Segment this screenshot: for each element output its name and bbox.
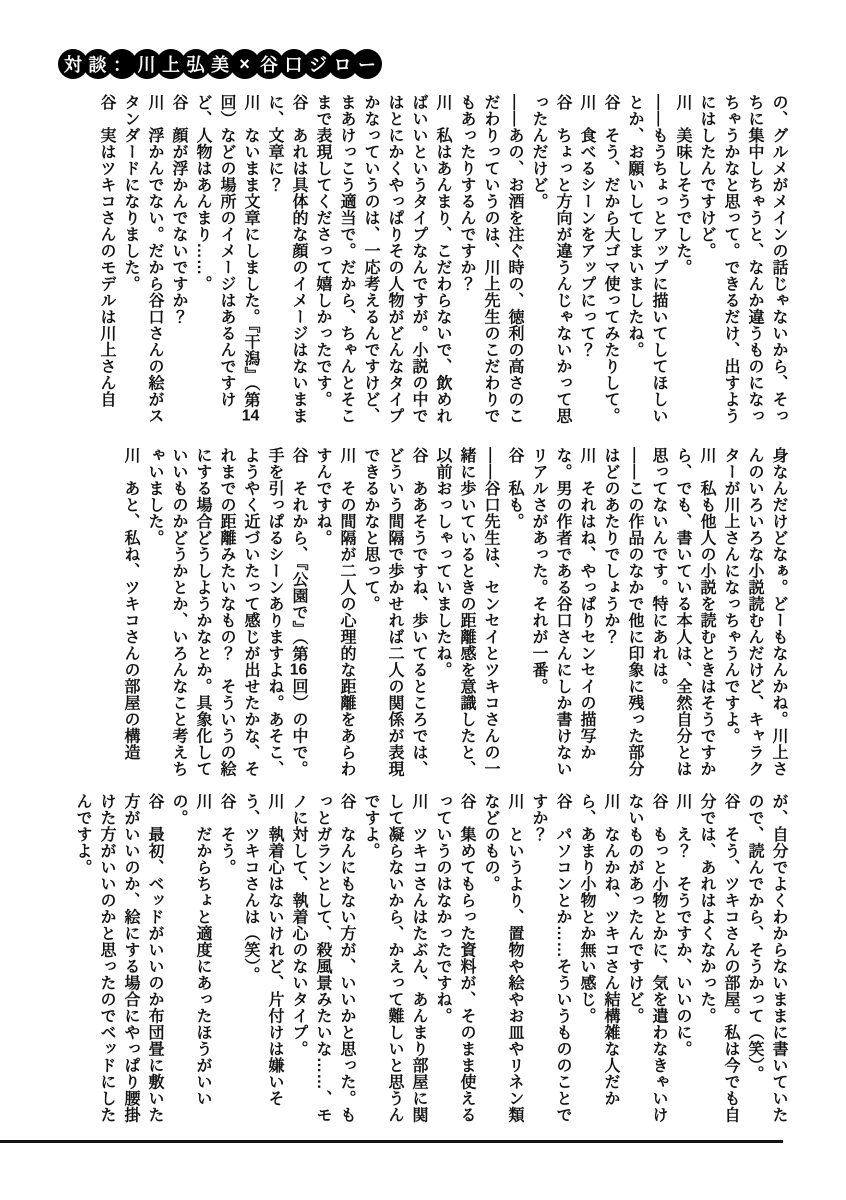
dialogue-paragraph: の、グルメがメインの話じゃないから、そっちに集中しちゃうと、なんか違うものになっ… — [694, 94, 790, 428]
page-title: 対談：川上弘美×谷口ジロー — [58, 49, 377, 79]
dialogue-paragraph: が、自分でよくわからないままに書いていたので、読んでから、そうかって（笑）。 — [742, 793, 790, 1135]
dialogue-paragraph: 谷 なんにもない方が、いいかと思った。もっとガランとして、殺風景みたいな……、モ… — [286, 793, 358, 1135]
dialogue-paragraph: 谷 顔が浮かんでないですか？ — [166, 94, 190, 428]
dialogue-paragraph: 谷 もっと小物とかに、気を遣わなきゃいけないものがあったんですけど。 — [622, 793, 670, 1135]
dialogue-paragraph: 川 食べるシーンをアップにって？ — [574, 94, 598, 428]
dialogue-paragraph: 谷 あれは具体的な顔のイメージはないままに、文章に？ — [262, 94, 310, 428]
dialogue-paragraph: 谷 そう、だから大ゴマ使ってみたりして。 — [598, 94, 622, 428]
text-section-bottom: が、自分でよくわからないままに書いていたので、読んでから、そうかって（笑）。谷 … — [70, 793, 790, 1135]
dialogue-paragraph: 谷 最初、ベッドがいいのか布団畳に敷いた方がいいのか、絵にする場合にやっぱり腰掛… — [70, 793, 166, 1135]
dialogue-paragraph: 谷 そう。 — [214, 793, 238, 1135]
dialogue-paragraph: 谷 パソコンとか……そういうもののことですか？ — [526, 793, 574, 1135]
dialogue-paragraph: 川 え？ そうですか、いいのに。 — [670, 793, 694, 1135]
dialogue-paragraph: 川 その間隔が二人の心理的な距離をあらわすんですね。 — [310, 447, 358, 781]
dialogue-paragraph: 川 美味しそうでした。 — [670, 94, 694, 428]
title-char: ー — [352, 49, 382, 79]
dialogue-paragraph: 川 というより、置物や絵やお皿やリネン類などのもの。 — [478, 793, 526, 1135]
dialogue-paragraph: 川 私も他人の小説を読むときはそうですから、でも、書いている本人は、全然自分とは… — [646, 447, 718, 781]
dialogue-paragraph: 谷 ちょっと方向が違うんじゃないかって思ったんだけど。 — [526, 94, 574, 428]
dialogue-paragraph: 谷 実はツキコさんのモデルは川上さん自 — [94, 94, 118, 428]
dialogue-paragraph: ――この作品のなかで他に印象に残った部分はどのあたりでしょうか？ — [598, 447, 646, 781]
dialogue-paragraph: 身なんだけどなぁ。どーもなんかね。川上さんのいろいろな小説読むんだけど、キャラク… — [718, 447, 790, 781]
dialogue-paragraph: 谷 そう、ツキコさんの部屋。私は今でも自分では、あれはよくなかった。 — [694, 793, 742, 1135]
bottom-rule — [0, 1140, 783, 1143]
dialogue-paragraph: 川 だからちょと適度にあったほうがいいの。 — [166, 793, 214, 1135]
dialogue-paragraph: 川 浮かんでない。だから谷口さんの絵がスタンダードになりました。 — [118, 94, 166, 428]
dialogue-paragraph: 川 執着心はないけれど、片付けは嫌いそう、ツキコさんは（笑）。 — [238, 793, 286, 1135]
magazine-page: { "header": { "title": "対談：川上弘美×谷口ジロー", … — [0, 0, 846, 1200]
dialogue-paragraph: 谷 私も。 — [502, 447, 526, 781]
dialogue-paragraph: 谷 それから、『公園で』（第16回）の中で。手を引っぱるシーンありますよね。あそ… — [142, 447, 310, 781]
dialogue-paragraph: ――あの、お酒を注ぐ時の、徳利の高さのこだわりっていうのは、川上先生のこだわりで… — [454, 94, 526, 428]
dialogue-paragraph: 川 ツキコさんはたぶん、あんまり部屋に関して凝らないから、かえって難しいと思うん… — [358, 793, 430, 1135]
dialogue-paragraph: 川 あと、私ね、ツキコさんの部屋の構造 — [118, 447, 142, 781]
dialogue-paragraph: 川 私はあんまり、こだわらないで、飲めればいいというタイプなんですが。小説の中で… — [310, 94, 454, 428]
dialogue-paragraph: 川 ないまま文章にしました。『干潟』（第14回）などの場所のイメージはあるんです… — [190, 94, 262, 428]
dialogue-paragraph: 川 それはね、やっぱりセンセイの描写かな。男の作者である谷口さんにしか書けないリ… — [526, 447, 598, 781]
dialogue-paragraph: ――もうちょっとアップに描いてしてほしいとか、お願いしてしまいましたね。 — [622, 94, 670, 428]
dialogue-paragraph: 谷 ああそうですね、歩いてるところでは、どういう間隔で歩かせれば二人の関係が表現… — [358, 447, 430, 781]
dialogue-paragraph: 谷 集めてもらった資料が、そのまま使えるっていうのはなかったですね。 — [430, 793, 478, 1135]
dialogue-paragraph: ――谷口先生は、センセイとツキコさんの一緒に歩いているときの距離感を意識したと、… — [430, 447, 502, 781]
dialogue-paragraph: 川 なんかね、ツキコさん結構雑な人だから、あまり小物とか無い感じ。 — [574, 793, 622, 1135]
text-section-top: の、グルメがメインの話じゃないから、そっちに集中しちゃうと、なんか違うものになっ… — [94, 94, 790, 428]
text-section-middle: 身なんだけどなぁ。どーもなんかね。川上さんのいろいろな小説読むんだけど、キャラク… — [118, 447, 790, 781]
